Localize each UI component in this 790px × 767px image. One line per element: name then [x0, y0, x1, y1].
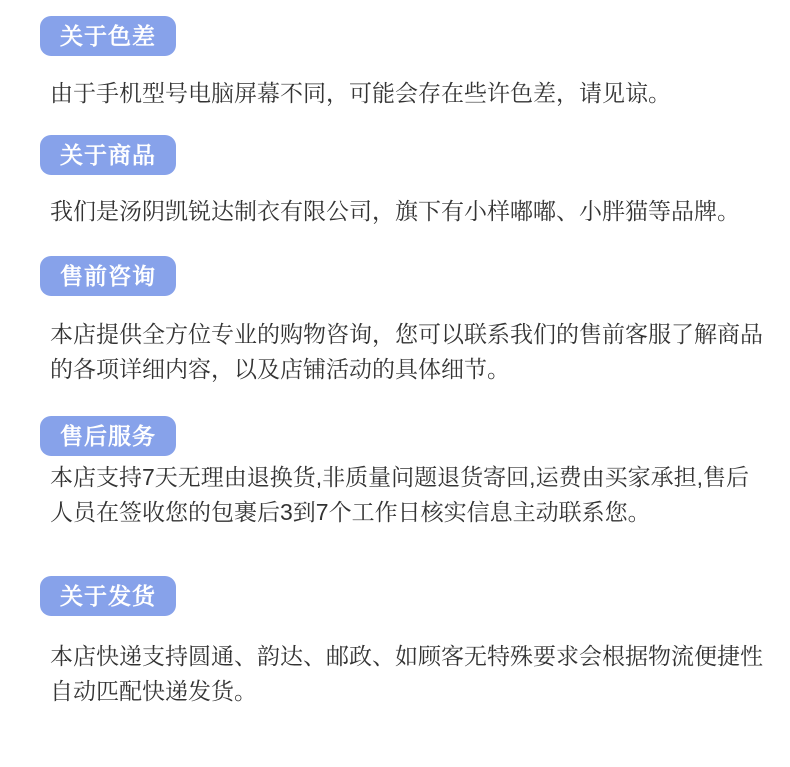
section-shipping: 关于发货 本店快递支持圆通、韵达、邮政、如顾客无特殊要求会根据物流便捷性自动匹配…: [40, 530, 755, 709]
badge-about-color-difference: 关于色差: [40, 16, 176, 56]
section-about-products: 关于商品 我们是汤阴凯锐达制衣有限公司，旗下有小样嘟嘟、小胖猫等品牌。: [40, 111, 755, 229]
section-aftersale-service: 售后服务 本店支持7天无理由退换货,非质量问题退货寄回,运费由买家承担,售后人员…: [40, 387, 755, 530]
section-presale-consulting: 售前咨询 本店提供全方位专业的购物咨询，您可以联系我们的售前客服了解商品的各项详…: [40, 229, 755, 387]
paragraph-about-products: 我们是汤阴凯锐达制衣有限公司，旗下有小样嘟嘟、小胖猫等品牌。: [50, 194, 763, 229]
section-color-difference: 关于色差 由于手机型号电脑屏幕不同，可能会存在些许色差，请见谅。: [40, 16, 755, 111]
badge-about-shipping: 关于发货: [40, 576, 176, 616]
badge-presale-consulting: 售前咨询: [40, 256, 176, 296]
store-info-panel: 关于色差 由于手机型号电脑屏幕不同，可能会存在些许色差，请见谅。 关于商品 我们…: [0, 0, 790, 709]
paragraph-presale-consulting: 本店提供全方位专业的购物咨询，您可以联系我们的售前客服了解商品的各项详细内容，以…: [50, 317, 763, 387]
paragraph-about-shipping: 本店快递支持圆通、韵达、邮政、如顾客无特殊要求会根据物流便捷性自动匹配快递发货。: [50, 639, 763, 709]
paragraph-color-difference: 由于手机型号电脑屏幕不同，可能会存在些许色差，请见谅。: [50, 76, 763, 111]
paragraph-aftersale-service: 本店支持7天无理由退换货,非质量问题退货寄回,运费由买家承担,售后人员在签收您的…: [50, 460, 763, 530]
badge-about-products: 关于商品: [40, 135, 176, 175]
badge-aftersale-service: 售后服务: [40, 416, 176, 456]
